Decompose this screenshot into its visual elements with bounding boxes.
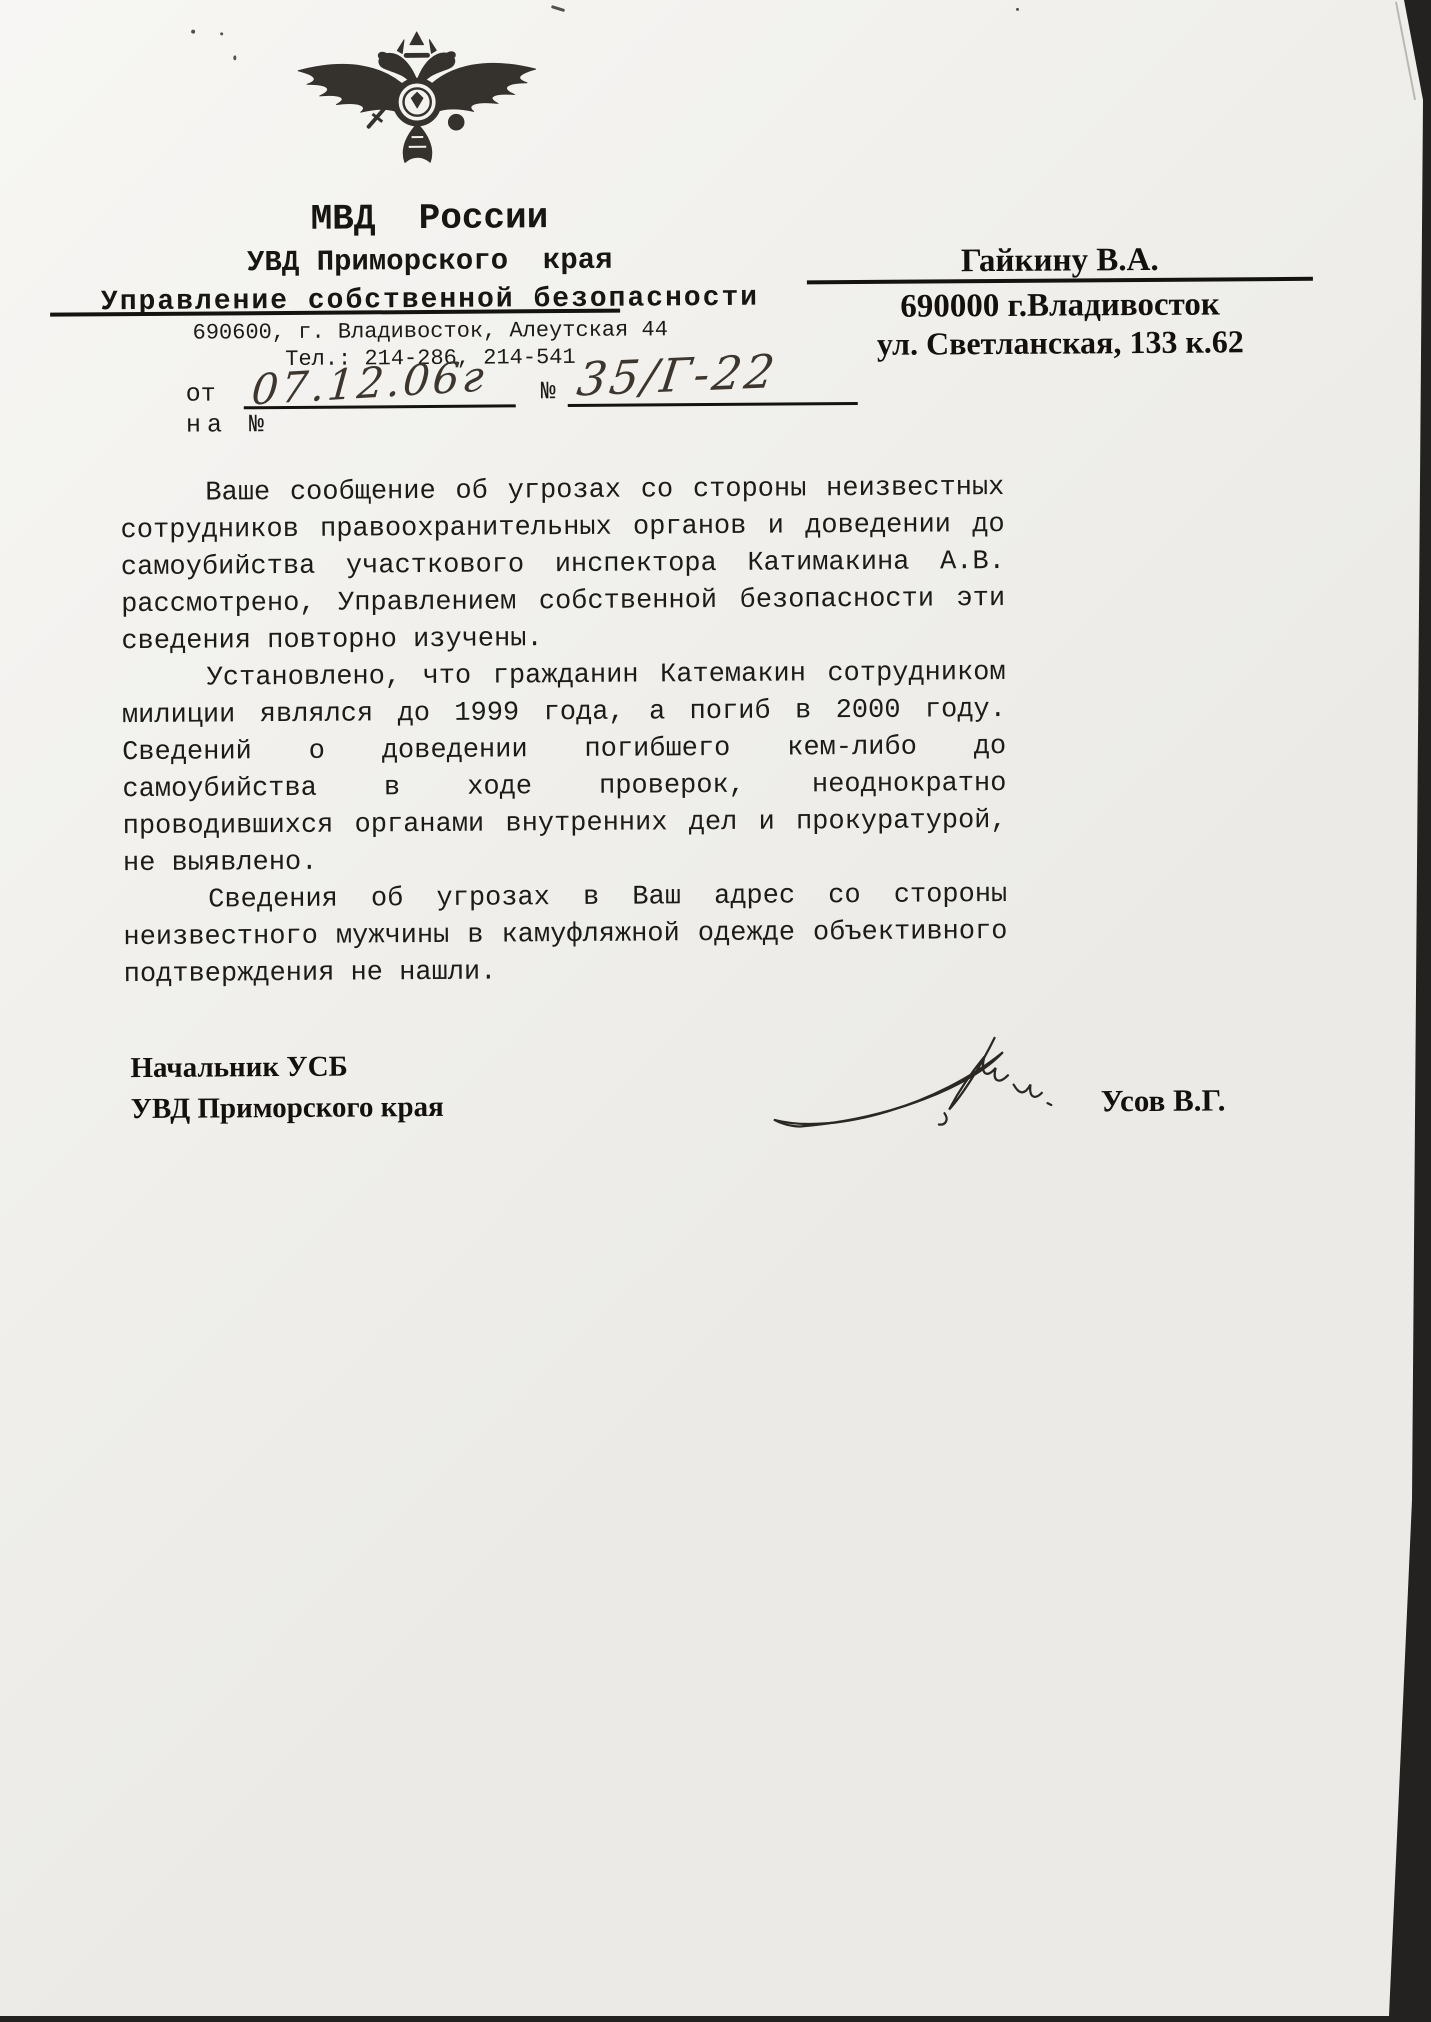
- scan-speck: [191, 30, 195, 34]
- scanned-letter: МВД России УВД Приморского края Управлен…: [0, 0, 1431, 2022]
- letter-body: Ваше сообщение об угрозах со стороны неи…: [120, 470, 1008, 994]
- number-label: №: [541, 377, 556, 406]
- scan-speck: [220, 32, 223, 35]
- sender-address: 690600, г. Владивосток, Алеутская 44: [90, 317, 770, 347]
- reply-ref-label: на №: [186, 410, 270, 440]
- letter-content: МВД России УВД Приморского края Управлен…: [0, 0, 1431, 2022]
- scan-speck: [1016, 8, 1019, 11]
- date-label: от: [186, 379, 216, 408]
- letter-page: МВД России УВД Приморского края Управлен…: [0, 0, 1431, 2022]
- mvd-double-headed-eagle-icon: [290, 25, 544, 177]
- org-name-line2: УВД Приморского края: [125, 243, 735, 280]
- recipient-address-line1: 690000 г.Владивосток: [855, 286, 1265, 326]
- signer-title-line2: УВД Приморского края: [131, 1091, 444, 1126]
- body-paragraph-1: Ваше сообщение об угрозах со стороны неи…: [120, 470, 1005, 661]
- handwritten-signature-icon: [760, 1023, 1061, 1140]
- handwritten-number: 35/Г-22: [574, 344, 781, 407]
- body-paragraph-3: Сведения об угрозах в Ваш адрес со сторо…: [123, 877, 1008, 994]
- recipient-address-line2: ул. Светланская, 133 к.62: [840, 323, 1280, 363]
- signer-name: Усов В.Г.: [1101, 1082, 1226, 1119]
- scan-speck: [551, 5, 565, 12]
- scan-speck: [233, 55, 236, 60]
- signer-title-line1: Начальник УСБ: [130, 1051, 348, 1086]
- org-name-line1: МВД России: [124, 196, 734, 241]
- recipient-name: Гайкину В.А.: [855, 241, 1265, 281]
- body-paragraph-2: Установлено, что гражданин Катемакин сот…: [122, 655, 1008, 883]
